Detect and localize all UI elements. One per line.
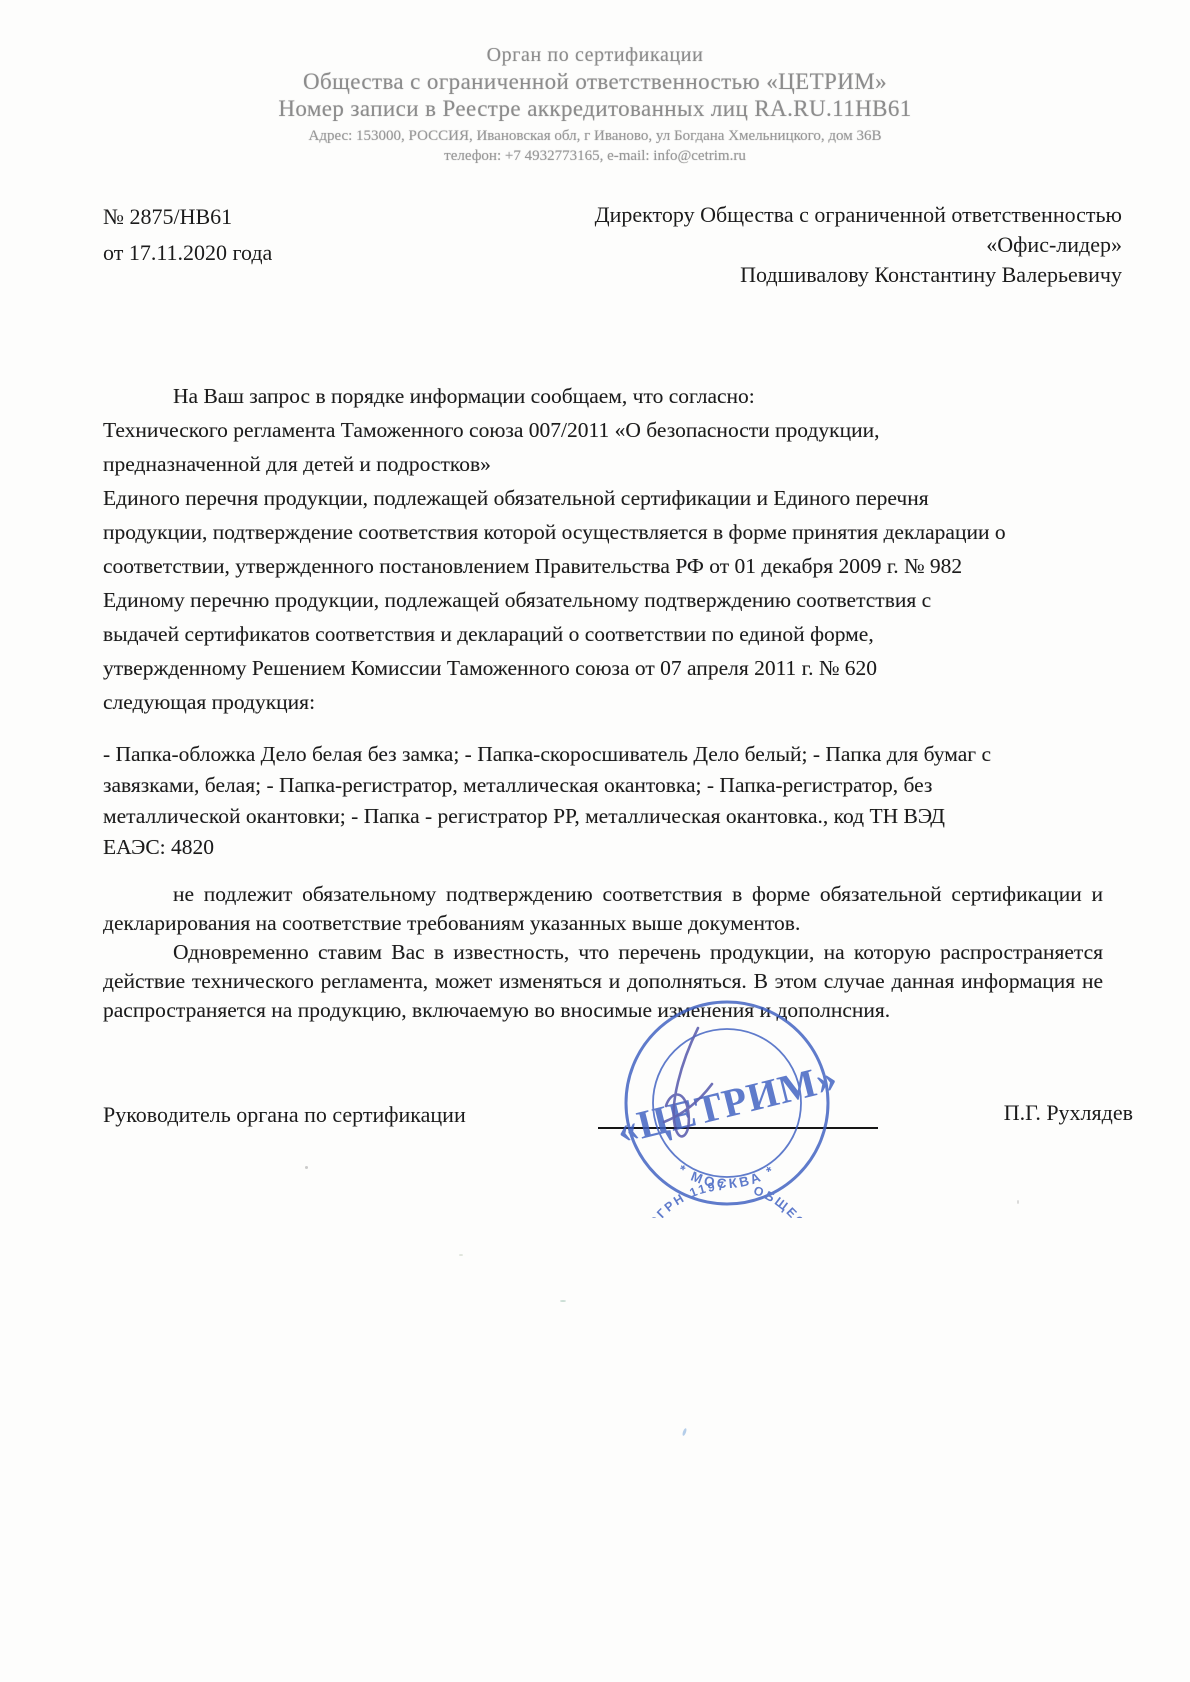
product-line: завязками, белая; - Папка-регистратор, м… <box>103 770 1103 801</box>
addressee-company: «Офис-лидер» <box>595 230 1122 260</box>
stamp-center-text: «ЦЕТРИМ» <box>612 1054 842 1152</box>
reference-block: № 2875/НВ61 от 17.11.2020 года <box>103 199 272 271</box>
addressee-block: Директору Общества с ограниченной ответс… <box>595 200 1122 290</box>
letterhead: Орган по сертификации Общества с огранич… <box>0 42 1190 166</box>
signature-title: Руководитель органа по сертификации <box>103 1102 466 1128</box>
product-line: - Папка-обложка Дело белая без замка; - … <box>103 739 1103 770</box>
product-line: ЕАЭС: 4820 <box>103 832 1103 863</box>
scan-speck <box>682 1428 688 1437</box>
letterhead-org-name: Общества с ограниченной ответственностью… <box>0 68 1190 95</box>
scan-speck <box>459 1254 463 1256</box>
scanned-letter-page: Орган по сертификации Общества с огранич… <box>0 0 1190 1682</box>
product-list-block: - Папка-обложка Дело белая без замка; - … <box>103 739 1103 863</box>
body-line: На Ваш запрос в порядке информации сообщ… <box>173 379 1103 413</box>
scan-speck <box>305 1166 308 1169</box>
reference-number: № 2875/НВ61 <box>103 199 272 235</box>
conclusion-paragraph: не подлежит обязательному подтверждению … <box>103 880 1103 938</box>
letter-intro-block: На Ваш запрос в порядке информации сообщ… <box>103 379 1103 719</box>
body-line: Технического регламента Таможенного союз… <box>103 413 1103 447</box>
company-stamp: ОБЩЕСТВО С ОГРАНИЧЕННОЙ ОТВЕТСТВЕННОСТЬЮ… <box>612 988 842 1218</box>
body-line: предназначенной для детей и подростков» <box>103 447 1103 481</box>
body-line: утвержденному Решением Комиссии Таможенн… <box>103 651 1103 685</box>
body-line: соответствии, утвержденного постановлени… <box>103 549 1103 583</box>
body-line: следующая продукция: <box>103 685 1103 719</box>
scan-speck <box>560 1300 566 1302</box>
letterhead-address: Адрес: 153000, РОССИЯ, Ивановская обл, г… <box>0 126 1190 146</box>
body-line: Единому перечню продукции, подлежащей об… <box>103 583 1103 617</box>
body-line: выдачей сертификатов соответствия и декл… <box>103 617 1103 651</box>
letterhead-registry-number: Номер записи в Реестре аккредитованных л… <box>0 95 1190 122</box>
conclusion-block: не подлежит обязательному подтверждению … <box>103 880 1103 1025</box>
body-line: Единого перечня продукции, подлежащей об… <box>103 481 1103 515</box>
scan-speck <box>1017 1200 1019 1204</box>
body-line: продукции, подтверждение соответствия ко… <box>103 515 1103 549</box>
signer-name: П.Г. Рухлядев <box>1004 1100 1133 1126</box>
conclusion-paragraph: Одновременно ставим Вас в известность, ч… <box>103 938 1103 1025</box>
letterhead-org-type: Орган по сертификации <box>0 42 1190 68</box>
addressee-position: Директору Общества с ограниченной ответс… <box>595 200 1122 230</box>
product-line: металлической окантовки; - Папка - регис… <box>103 801 1103 832</box>
letter-body: На Ваш запрос в порядке информации сообщ… <box>103 379 1103 1025</box>
addressee-person: Подшивалову Константину Валерьевичу <box>595 260 1122 290</box>
letterhead-contacts: телефон: +7 4932773165, e-mail: info@cet… <box>0 146 1190 166</box>
reference-date: от 17.11.2020 года <box>103 235 272 271</box>
